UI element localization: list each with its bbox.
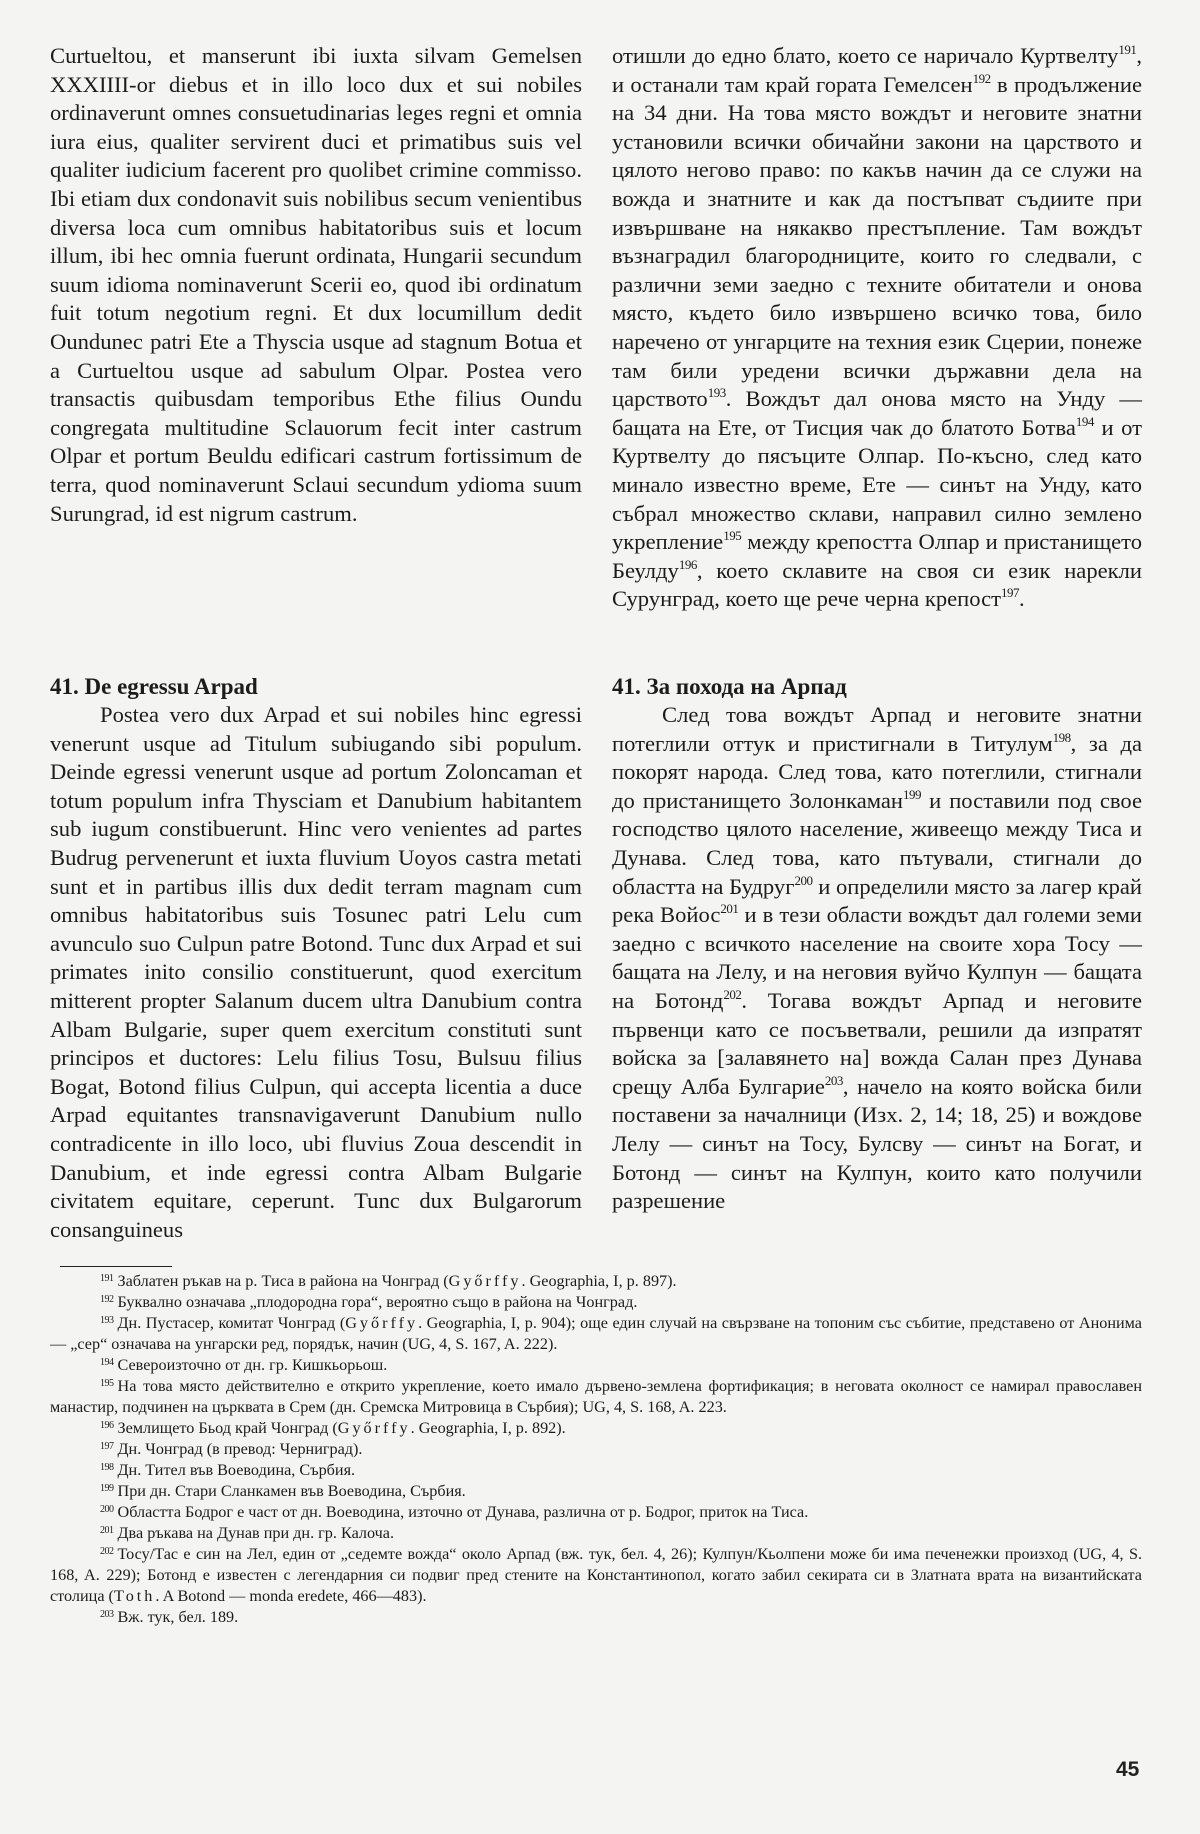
footnote-194: 194Североизточно от дн. гр. Кишкьорьош. xyxy=(50,1355,1142,1376)
bulgarian-section-paragraph: След това вождът Арпад и неговите знатни… xyxy=(612,701,1142,1216)
bulgarian-paragraph-continuation: отишли до едно блато, което се наричало … xyxy=(612,42,1142,614)
footnote-number: 194 xyxy=(100,1357,114,1368)
footnote-number: 200 xyxy=(100,1504,114,1515)
footnote-192: 192Буквално означава „плодородна гора“, … xyxy=(50,1292,1142,1313)
footnote-reference: 197 xyxy=(1001,585,1019,600)
footnote-reference: 198 xyxy=(1053,730,1071,745)
footnote-reference: 193 xyxy=(708,385,726,400)
footnote-reference: 195 xyxy=(723,528,741,543)
footnote-197: 197Дн. Чонград (в превод: Черниград). xyxy=(50,1439,1142,1460)
footnote-reference: 200 xyxy=(794,873,812,888)
footnote-reference: 203 xyxy=(825,1073,843,1088)
footnote-number: 202 xyxy=(100,1546,114,1557)
footnote-199: 199При дн. Стари Сланкамен във Воеводина… xyxy=(50,1481,1142,1502)
footnote-reference: 191 xyxy=(1118,42,1136,57)
footnote-number: 193 xyxy=(100,1315,114,1326)
latin-section-body: Postea vero dux Arpad et sui nobiles hin… xyxy=(50,701,582,1244)
footnote-193: 193Дн. Пустасер, комитат Чонград (Győrff… xyxy=(50,1313,1142,1355)
footnote-191: 191Заблатен ръкав на р. Тиса в района на… xyxy=(50,1271,1142,1292)
author-name-spaced: Győrffy xyxy=(338,1419,411,1437)
latin-paragraph-continuation: Curtueltou, et manserunt ibi iuxta silva… xyxy=(50,42,582,528)
footnote-reference: 194 xyxy=(1076,414,1094,429)
latin-section-heading: 41. De egressu Arpad xyxy=(50,673,582,701)
footnote-reference: 199 xyxy=(903,787,921,802)
footnote-reference: 201 xyxy=(720,901,738,916)
author-name-spaced: Győrffy xyxy=(345,1314,418,1332)
footnote-number: 199 xyxy=(100,1483,114,1494)
author-name-spaced: Győrffy xyxy=(449,1272,522,1290)
footnote-196: 196Землището Бьод край Чонград (Győrffy.… xyxy=(50,1418,1142,1439)
footnote-separator xyxy=(60,1266,172,1267)
footnote-195: 195На това място действително е открито … xyxy=(50,1376,1142,1418)
bulgarian-section-heading: 41. За похода на Арпад xyxy=(612,673,1142,701)
footnote-202: 202Тосу/Тас е син на Лел, един от „седем… xyxy=(50,1544,1142,1607)
footnote-reference: 202 xyxy=(723,987,741,1002)
footnote-203: 203Вж. тук, бел. 189. xyxy=(50,1607,1142,1628)
footnote-number: 191 xyxy=(100,1273,114,1284)
footnote-number: 196 xyxy=(100,1420,114,1431)
footnote-number: 192 xyxy=(100,1294,114,1305)
footnote-201: 201Два ръкава на Дунав при дн. гр. Калоч… xyxy=(50,1523,1142,1544)
footnotes: 191Заблатен ръкав на р. Тиса в района на… xyxy=(50,1271,1142,1628)
bulgarian-section-body: След това вождът Арпад и неговите знатни… xyxy=(612,701,1142,1216)
page-number: 45 xyxy=(1116,1758,1139,1782)
footnote-number: 203 xyxy=(100,1609,114,1620)
bulgarian-column-top: отишли до едно блато, което се наричало … xyxy=(612,42,1142,614)
latin-column-top: Curtueltou, et manserunt ibi iuxta silva… xyxy=(50,42,582,528)
footnote-reference: 196 xyxy=(679,557,697,572)
footnote-number: 201 xyxy=(100,1525,114,1536)
footnote-198: 198Дн. Тител във Воеводина, Сърбия. xyxy=(50,1460,1142,1481)
author-name-spaced: Toth xyxy=(114,1587,155,1605)
book-page: Curtueltou, et manserunt ibi iuxta silva… xyxy=(0,0,1200,1834)
footnote-200: 200Областта Бодрог е част от дн. Воеводи… xyxy=(50,1502,1142,1523)
footnote-number: 195 xyxy=(100,1378,114,1389)
footnote-reference: 192 xyxy=(973,71,991,86)
latin-section-paragraph: Postea vero dux Arpad et sui nobiles hin… xyxy=(50,701,582,1244)
footnote-number: 198 xyxy=(100,1462,114,1473)
footnote-number: 197 xyxy=(100,1441,114,1452)
